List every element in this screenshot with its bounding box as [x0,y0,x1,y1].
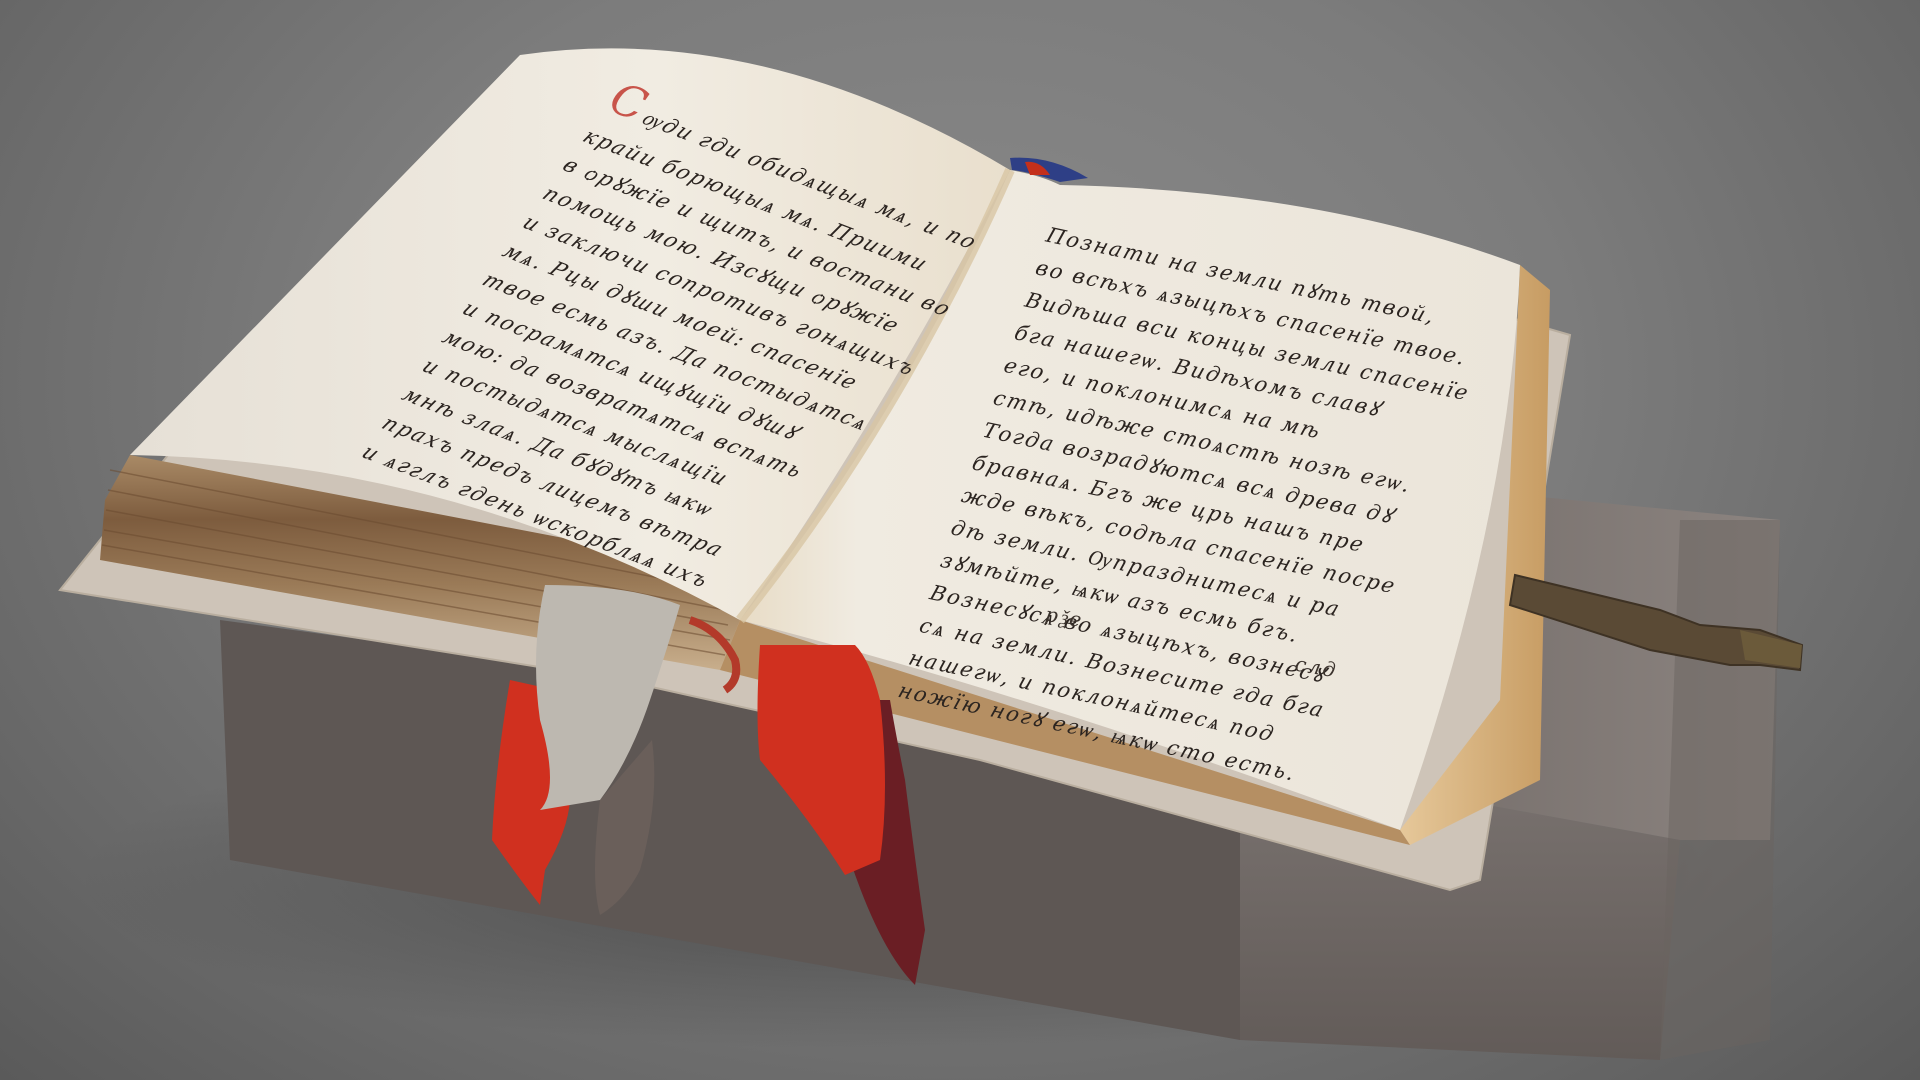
manuscript-scene: Сѹди гди обидѧщыѧ мѧ, и по крайи борющыѧ… [0,0,1920,1080]
